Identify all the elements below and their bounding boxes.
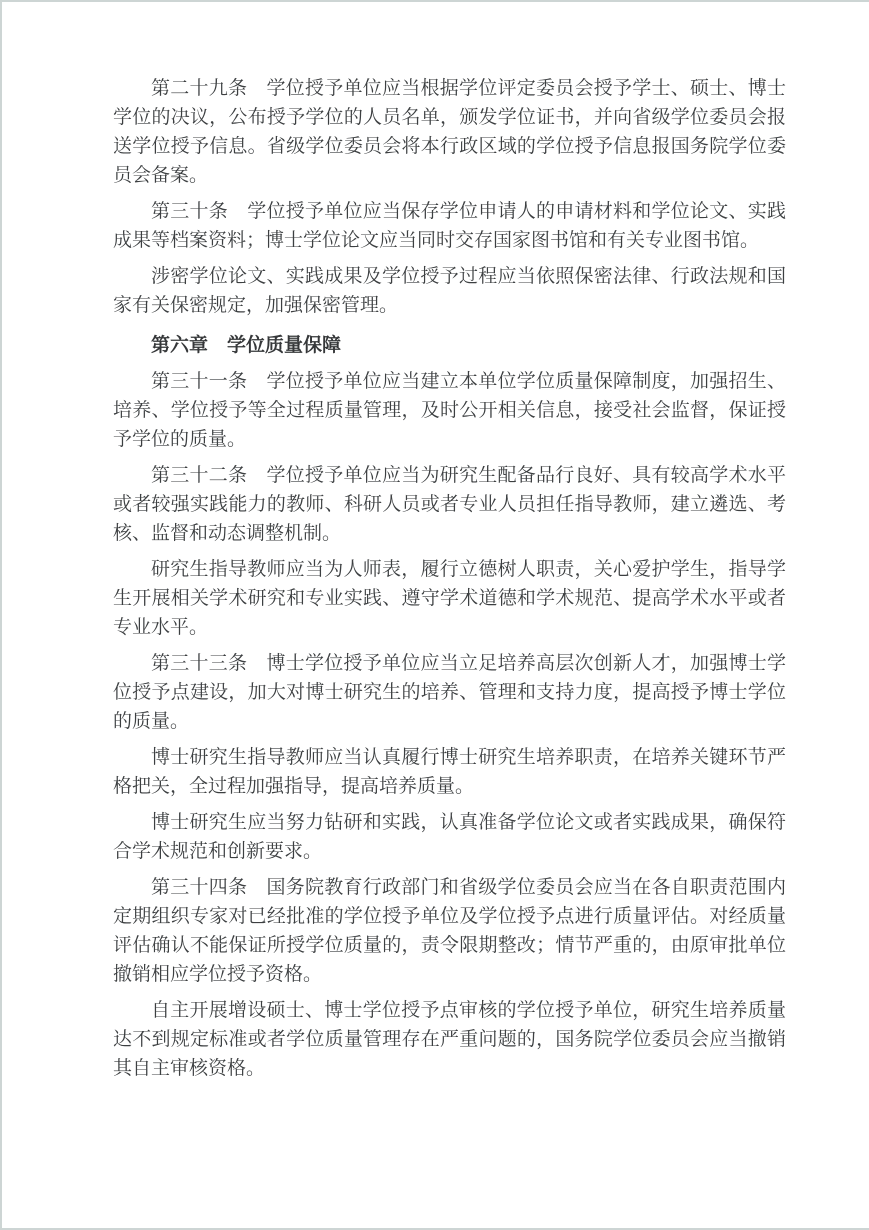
document-page: 第二十九条 学位授予单位应当根据学位评定委员会授予学士、硕士、博士学位的决议，公… <box>0 0 869 1230</box>
paragraph-article-32-supervisors: 研究生指导教师应当为人师表，履行立德树人职责，关心爱护学生，指导学生开展相关学术… <box>113 555 786 642</box>
paragraph-article-30-classified: 涉密学位论文、实践成果及学位授予过程应当依照保密法律、行政法规和国家有关保密规定… <box>113 262 786 320</box>
paragraph-article-30: 第三十条 学位授予单位应当保存学位申请人的申请材料和学位论文、实践成果等档案资料… <box>113 197 786 255</box>
chapter-6-heading: 第六章 学位质量保障 <box>113 331 786 360</box>
paragraph-article-31: 第三十一条 学位授予单位应当建立本单位学位质量保障制度，加强招生、培养、学位授予… <box>113 367 786 454</box>
paragraph-article-33: 第三十三条 博士学位授予单位应当立足培养高层次创新人才，加强博士学位授予点建设，… <box>113 649 786 736</box>
paragraph-article-29: 第二十九条 学位授予单位应当根据学位评定委员会授予学士、硕士、博士学位的决议，公… <box>113 74 786 190</box>
paragraph-article-33-doctoral-students: 博士研究生应当努力钻研和实践，认真准备学位论文或者实践成果，确保符合学术规范和创… <box>113 808 786 866</box>
document-body: 第二十九条 学位授予单位应当根据学位评定委员会授予学士、硕士、博士学位的决议，公… <box>2 2 869 1083</box>
paragraph-article-32: 第三十二条 学位授予单位应当为研究生配备品行良好、具有较高学术水平或者较强实践能… <box>113 461 786 548</box>
paragraph-article-34-self-review: 自主开展增设硕士、博士学位授予点审核的学位授予单位，研究生培养质量达不到规定标准… <box>113 996 786 1083</box>
paragraph-article-34: 第三十四条 国务院教育行政部门和省级学位委员会应当在各自职责范围内定期组织专家对… <box>113 873 786 989</box>
paragraph-article-33-doctoral-supervisors: 博士研究生指导教师应当认真履行博士研究生培养职责，在培养关键环节严格把关，全过程… <box>113 743 786 801</box>
